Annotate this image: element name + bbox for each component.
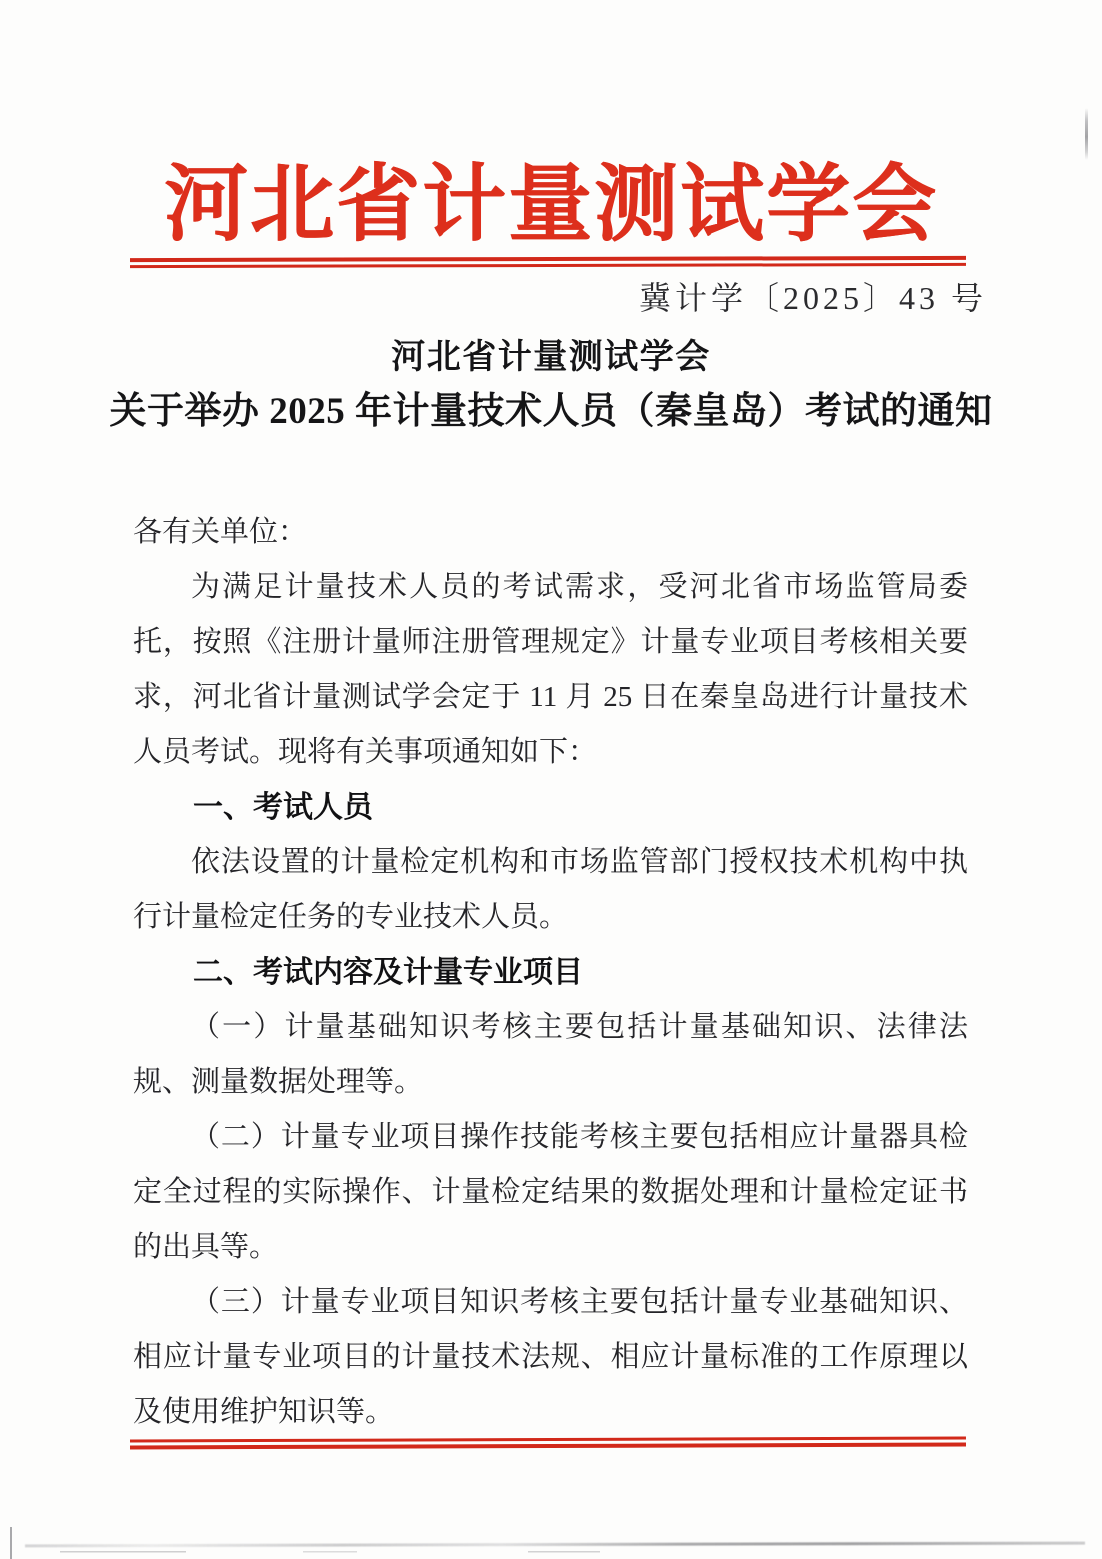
document-title-org: 河北省计量测试学会 (0, 336, 1102, 380)
paragraph-item-1: （一）计量基础知识考核主要包括计量基础知识、法律法规、测量数据处理等。 (133, 1000, 968, 1110)
paragraph-item-2: （二）计量专业项目操作技能考核主要包括相应计量器具检定全过程的实际操作、计量检定… (133, 1110, 968, 1275)
document-number: 冀计学〔2025〕43 号 (639, 276, 987, 320)
paragraph-intro: 为满足计量技术人员的考试需求，受河北省市场监管局委托，按照《注册计量师注册管理规… (133, 560, 968, 780)
scan-edge-mark (10, 1527, 12, 1559)
document-body: 各有关单位： 为满足计量技术人员的考试需求，受河北省市场监管局委托，按照《注册计… (133, 505, 968, 1440)
section-heading-2: 二、考试内容及计量专业项目 (133, 945, 968, 1000)
salutation: 各有关单位： (133, 505, 968, 560)
letterhead-masthead: 河北省计量测试学会 (0, 158, 1102, 254)
footer-rule (130, 1437, 966, 1450)
scanned-notice-page: 河北省计量测试学会 冀计学〔2025〕43 号 河北省计量测试学会 关于举办 2… (0, 0, 1102, 1559)
scan-scratch-artifact (1085, 108, 1088, 160)
letterhead-rule-top (130, 256, 966, 268)
scan-noise-speckles (60, 1549, 960, 1555)
scan-page-edge-shadow (25, 1542, 1085, 1548)
paragraph-item-3: （三）计量专业项目知识考核主要包括计量专业基础知识、相应计量专业项目的计量技术法… (133, 1275, 968, 1440)
document-title-subject: 关于举办 2025 年计量技术人员（秦皇岛）考试的通知 (0, 388, 1102, 436)
paragraph-exam-personnel: 依法设置的计量检定机构和市场监管部门授权技术机构中执行计量检定任务的专业技术人员… (133, 835, 968, 945)
section-heading-1: 一、考试人员 (133, 780, 968, 835)
